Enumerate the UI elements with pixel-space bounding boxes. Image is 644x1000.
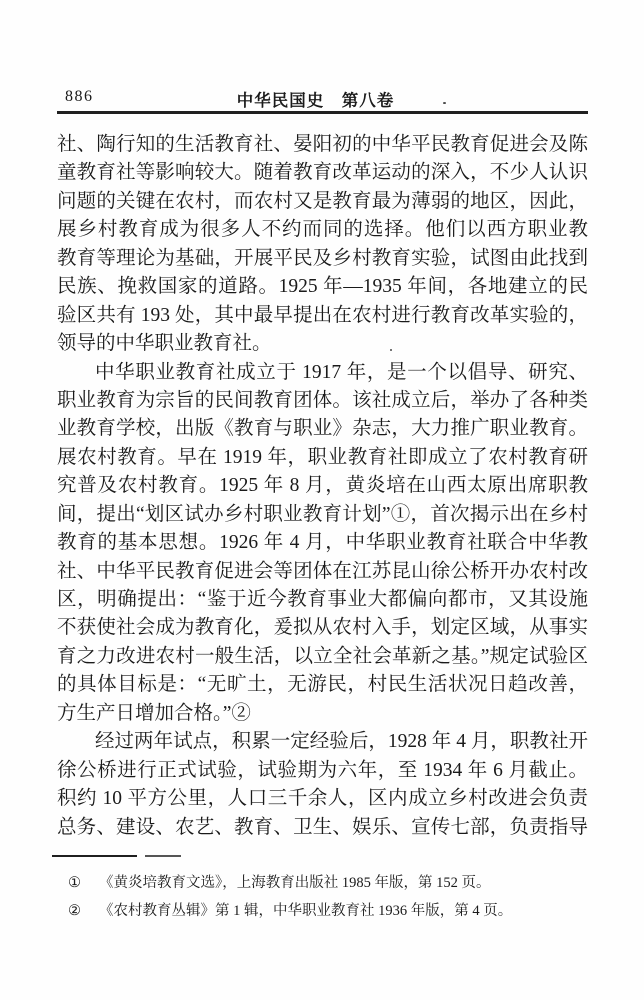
footnotes: ①《黄炎培教育文选》，上海教育出版社 1985 年版，第 152 页。②《农村教… bbox=[68, 870, 580, 925]
book-page: 886 中华民国史 第八卷 社、陶行知的生活教育社、晏阳初的中华平民教育促进会及… bbox=[0, 0, 644, 1000]
text-line: 育之力改进农村一般生活，以立全社会革新之基。”规定试验区要达到 bbox=[57, 643, 588, 671]
print-speck bbox=[443, 102, 446, 104]
text-line: 社、陶行知的生活教育社、晏阳初的中华平民教育促进会及陈鹤琴的儿 bbox=[57, 131, 588, 159]
text-line: 社、中华平民教育促进会等团体在江苏昆山徐公桥开办农村改进试验 bbox=[57, 558, 588, 586]
text-line: 徐公桥进行正式试验，试验期为六年，至 1934 年 6 月截止。试验区面 bbox=[57, 757, 588, 785]
footnote-marker: ① bbox=[68, 870, 88, 898]
text-line: 业教育学校，出版《教育与职业》杂志，大力推广职业教育。尤其重视发 bbox=[57, 415, 588, 443]
footnote: ①《黄炎培教育文选》，上海教育出版社 1985 年版，第 152 页。 bbox=[68, 870, 580, 898]
text-line: 民族、挽救国家的道路。1925 年—1935 年间，各地建立的民众教育实 bbox=[57, 273, 588, 301]
text-line: 经过两年试点，积累一定经验后，1928 年 4 月，职教社开始独立在 bbox=[57, 728, 588, 756]
footnote: ②《农村教育丛辑》第 1 辑，中华职业教育社 1936 年版，第 4 页。 bbox=[68, 898, 580, 926]
text-line: 中华职业教育社成立于 1917 年，是一个以倡导、研究、宣传和推行 bbox=[57, 359, 588, 387]
text-line: 总务、建设、农艺、教育、卫生、娱乐、宣传七部，负责指导包括农业生产、 bbox=[57, 814, 588, 842]
body-text: 社、陶行知的生活教育社、晏阳初的中华平民教育促进会及陈鹤琴的儿童教育社等影响较大… bbox=[57, 131, 588, 842]
running-title: 中华民国史 第八卷 bbox=[57, 87, 574, 111]
text-line: 间，提出“划区试办乡村职业教育计划”①，首次揭示出在乡村举办职业 bbox=[57, 501, 588, 529]
text-line: 区，明确提出：“鉴于近今教育事业大都偏向都市，又其设施限于学校， bbox=[57, 586, 588, 614]
text-line: 教育的基本思想。1926 年 4 月，中华职业教育社联合中华教育改进 bbox=[57, 529, 588, 557]
text-line: 领导的中华职业教育社。 bbox=[57, 330, 588, 358]
text-line: 方生产日增加合格。”② bbox=[57, 700, 588, 728]
header-rule bbox=[57, 111, 588, 114]
footnote-text: 《黄炎培教育文选》，上海教育出版社 1985 年版，第 152 页。 bbox=[99, 875, 491, 891]
text-line: 不获使社会成为教育化，爰拟从农村入手，划定区域，从事实验，期以教 bbox=[57, 614, 588, 642]
text-line: 教育等理论为基础，开展平民及乡村教育实验，试图由此找到一条振兴 bbox=[57, 245, 588, 273]
text-line: 的具体目标是：“无旷土，无游民，村民生活状况日趋改善，知识日进，地 bbox=[57, 671, 588, 699]
footnote-marker: ② bbox=[68, 898, 88, 926]
text-line: 验区共有 193 处，其中最早提出在农村进行教育改革实验的，是黄炎培 bbox=[57, 302, 588, 330]
text-line: 职业教育为宗旨的民间教育团体。该社成立后，举办了各种类型的职 bbox=[57, 387, 588, 415]
text-line: 究普及农村教育。1925 年 8 月，黄炎培在山西太原出席职教社年会期 bbox=[57, 472, 588, 500]
footnote-separator bbox=[52, 855, 181, 857]
footnote-text: 《农村教育丛辑》第 1 辑，中华职业教育社 1936 年版，第 4 页。 bbox=[99, 903, 512, 919]
text-line: 展农村教育。早在 1919 年，职业教育社即成立了农村教育研究会，研 bbox=[57, 444, 588, 472]
print-speck bbox=[390, 349, 392, 351]
text-line: 童教育社等影响较大。随着教育改革运动的深入，不少人认识到，中国 bbox=[57, 159, 588, 187]
text-line: 积约 10 平方公里，人口三千余人，区内成立乡村改进会负责管理，下设 bbox=[57, 785, 588, 813]
text-line: 展乡村教育成为很多人不约而同的选择。他们以西方职业教育、平民 bbox=[57, 216, 588, 244]
page-header: 886 中华民国史 第八卷 bbox=[57, 87, 588, 109]
text-line: 问题的关键在农村，而农村又是教育最为薄弱的地区，因此，到乡村开 bbox=[57, 188, 588, 216]
